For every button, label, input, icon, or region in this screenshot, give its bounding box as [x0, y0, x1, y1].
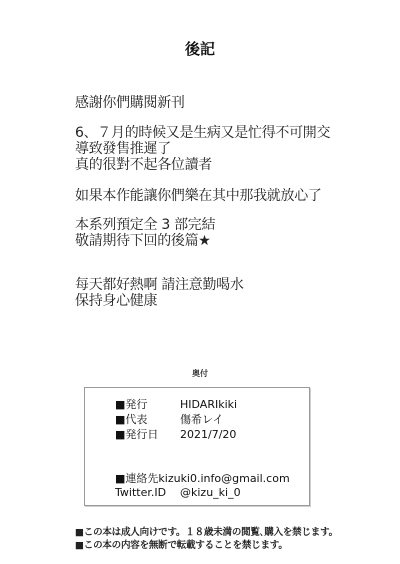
colophon-row-publisher: ■発行 HIDARIkiki [115, 398, 295, 411]
afterword-line: 感謝你們購閱新刊 [75, 95, 185, 111]
colophon-box: ■発行 HIDARIkiki ■代表 傷希レイ ■発行日 2021/7/20 ■… [84, 387, 310, 506]
afterword-line: 保持身心健康 [75, 293, 157, 309]
afterword-line: 敬請期待下回的後篇★ [75, 233, 211, 249]
afterword-line: 本系列預定全 3 部完結 [75, 217, 215, 233]
colophon-contact: ■連絡先kizuki0.info@gmail.com [115, 472, 290, 485]
colophon-label: ■発行日 [115, 428, 158, 441]
afterword-line: 6、７月的時候又是生病又是忙得不可開交 [75, 125, 330, 141]
page-title: 後記 [0, 40, 400, 58]
afterword-line: 如果本作能讓你們樂在其中那我就放心了 [75, 188, 322, 204]
afterword-line: 導致發售推遲了 [75, 141, 171, 157]
notice-copyright: ■この本の内容を無断で転載することを禁じます。 [75, 540, 288, 551]
colophon-label: ■代表 [115, 413, 147, 426]
colophon-row-representative: ■代表 傷希レイ [115, 413, 295, 426]
twitter-label: Twitter.ID [115, 486, 166, 499]
colophon-twitter: Twitter.ID @kizu_ki_0 [115, 486, 295, 499]
twitter-handle: @kizu_ki_0 [180, 486, 241, 499]
colophon-row-date: ■発行日 2021/7/20 [115, 428, 295, 441]
colophon-value: HIDARIkiki [180, 398, 237, 411]
afterword-line: 每天都好熱啊 請注意勤喝水 [75, 277, 244, 293]
colophon-title: 奥付 [0, 369, 400, 379]
notice-adult: ■この本は成人向けです。１８歳未満の閲覧､購入を禁じます。 [75, 527, 338, 538]
afterword-line: 真的很對不起各位讀者 [75, 157, 212, 173]
colophon-value: 2021/7/20 [180, 428, 236, 441]
colophon-value: 傷希レイ [180, 413, 223, 426]
colophon-label: ■発行 [115, 398, 147, 411]
